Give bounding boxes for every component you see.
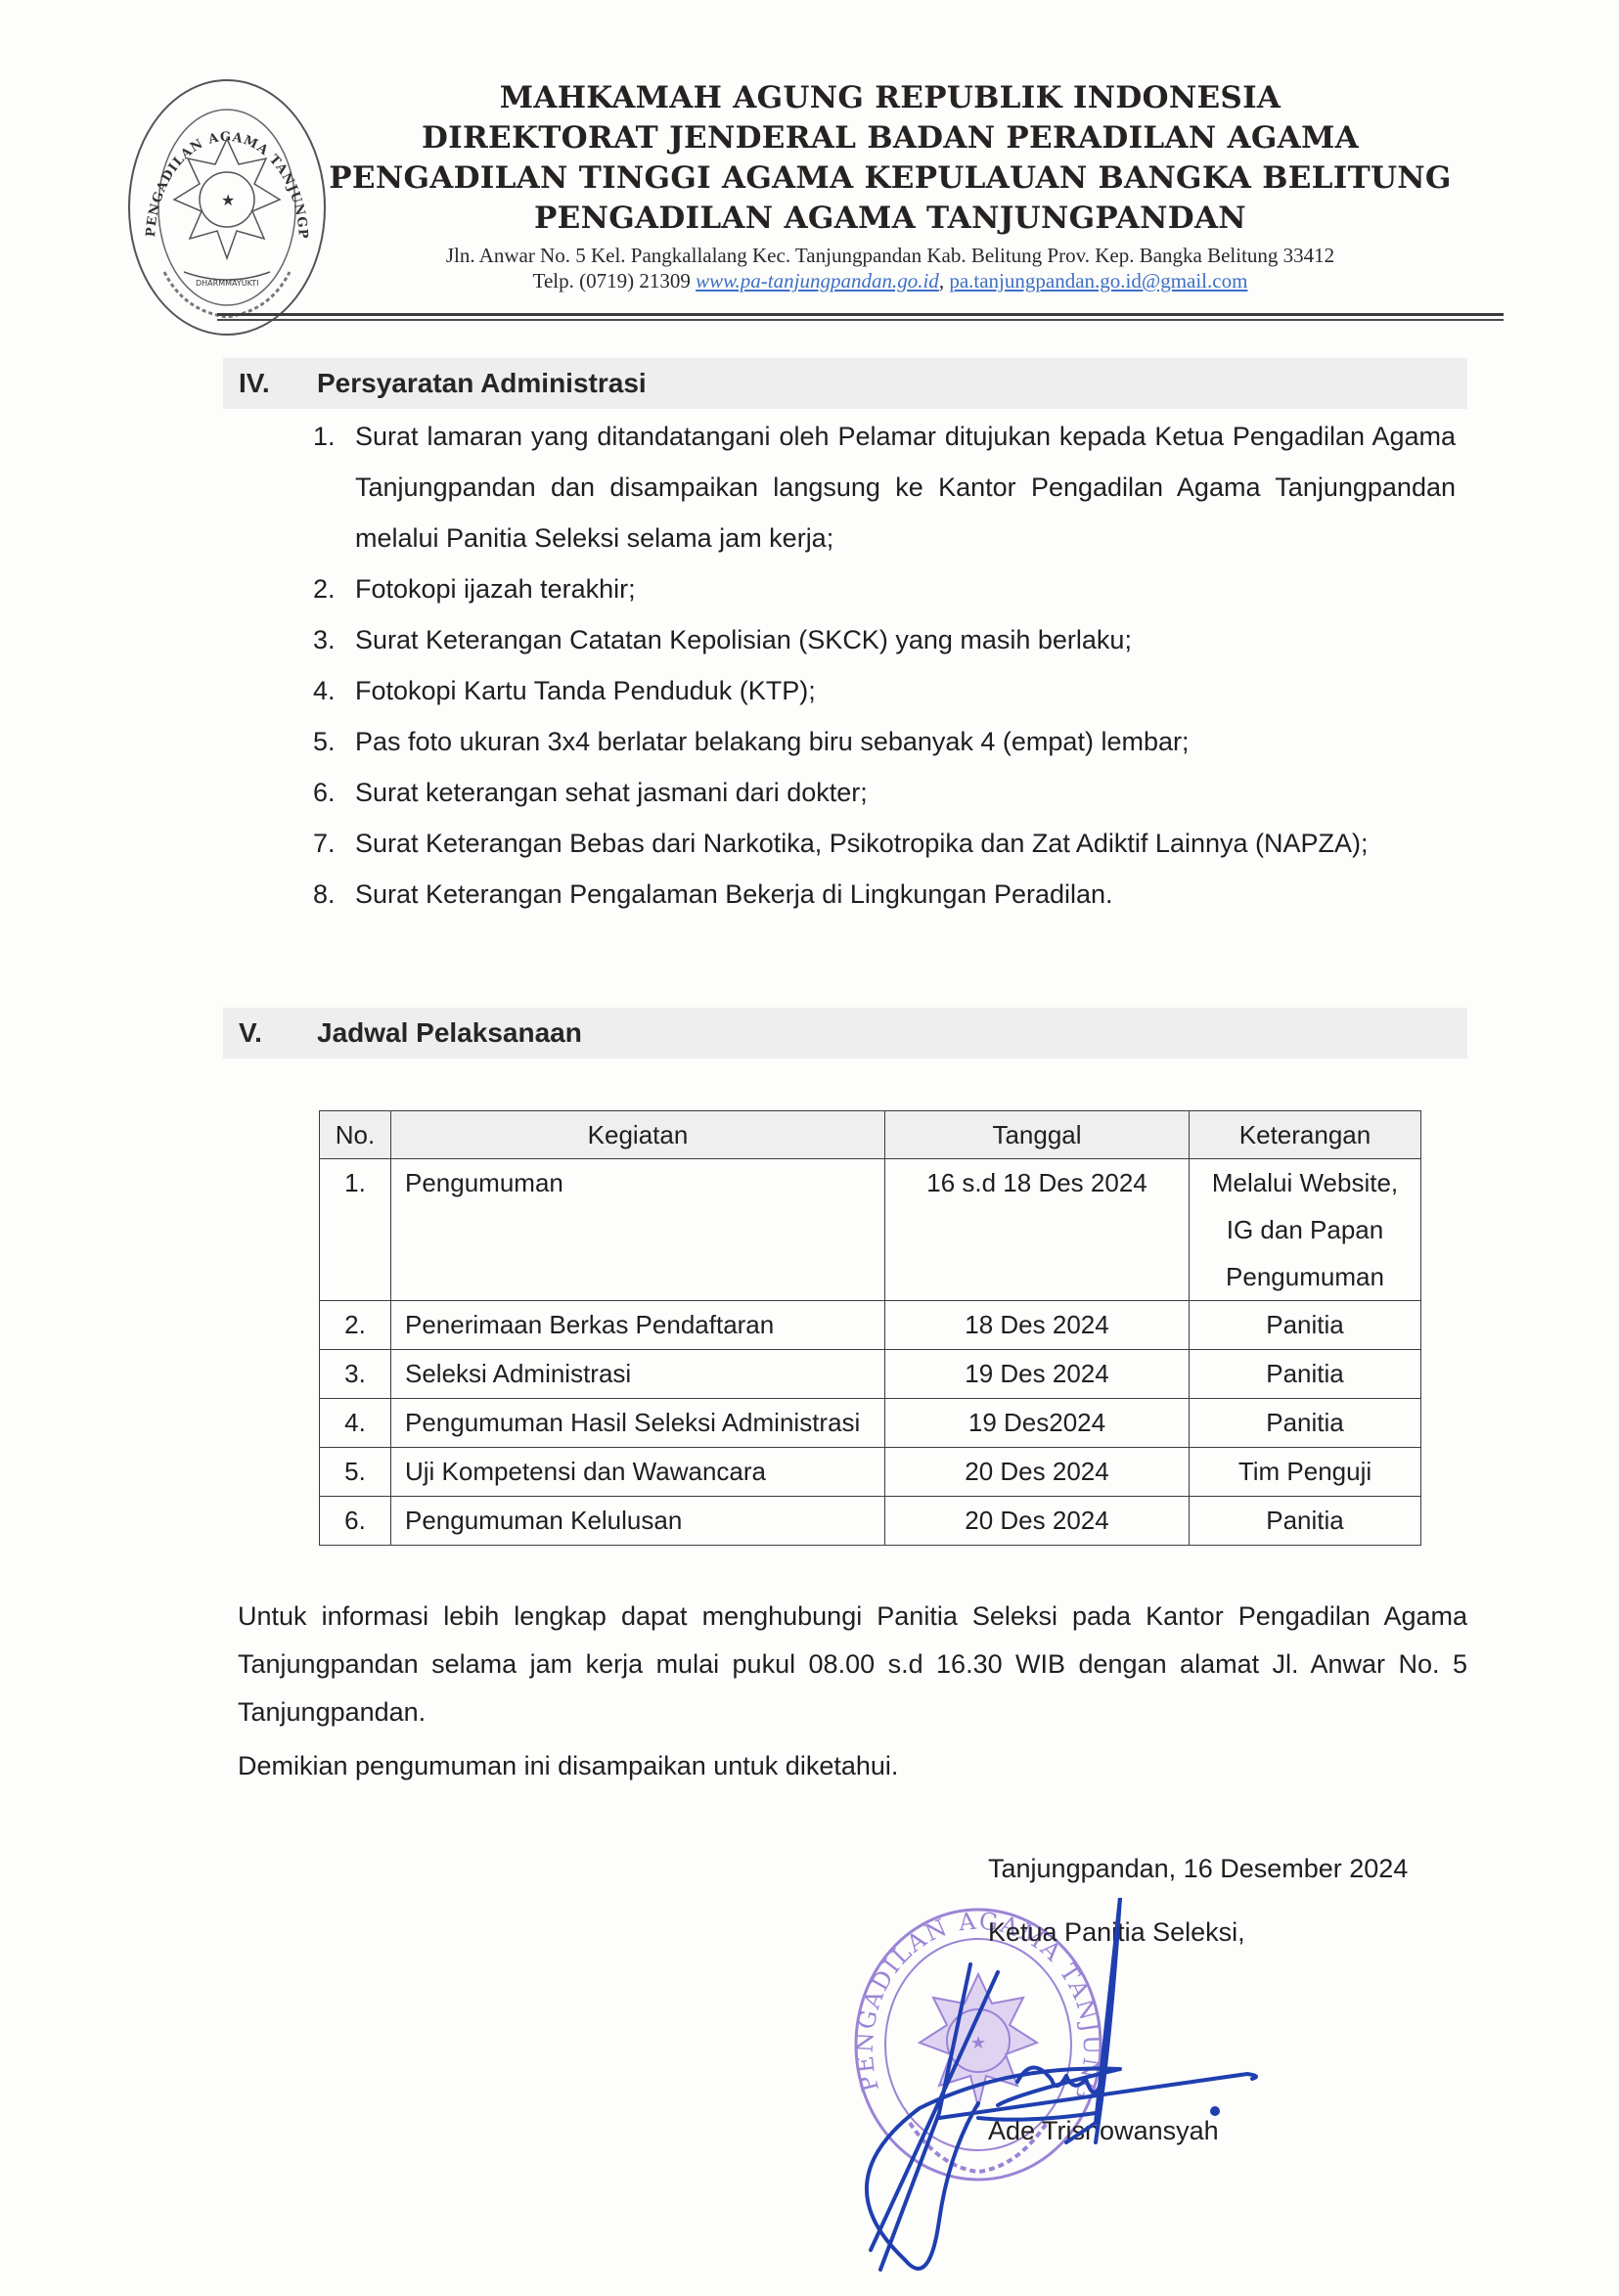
cell-tanggal: 20 Des 2024 xyxy=(885,1497,1190,1546)
list-item: 6.Surat keterangan sehat jasmani dari do… xyxy=(313,767,1456,818)
cell-tanggal: 16 s.d 18 Des 2024 xyxy=(885,1159,1190,1301)
section-title: Persyaratan Administrasi xyxy=(317,368,647,399)
table-row: 2.Penerimaan Berkas Pendaftaran18 Des 20… xyxy=(320,1301,1421,1350)
table-row: 3.Seleksi Administrasi19 Des 2024Panitia xyxy=(320,1350,1421,1399)
cell-kegiatan: Seleksi Administrasi xyxy=(391,1350,885,1399)
section-number: IV. xyxy=(239,368,270,399)
schedule-table-body: 1.Pengumuman16 s.d 18 Des 2024Melalui We… xyxy=(320,1159,1421,1546)
cell-no: 5. xyxy=(320,1448,391,1497)
cell-keterangan: Panitia xyxy=(1190,1301,1421,1350)
contact-line: Telp. (0719) 21309 www.pa-tanjungpandan.… xyxy=(303,268,1477,293)
website-link[interactable]: www.pa-tanjungpandan.go.id xyxy=(696,269,939,293)
schedule-table: No. Kegiatan Tanggal Keterangan 1.Pengum… xyxy=(319,1110,1421,1546)
letterhead-rule-thick xyxy=(217,313,1504,316)
cell-tanggal: 19 Des 2024 xyxy=(885,1350,1190,1399)
cell-tanggal: 19 Des2024 xyxy=(885,1399,1190,1448)
court-emblem-icon: PENGADILAN AGAMA TANJUNGPANDAN ★ DHARMMA… xyxy=(125,76,329,338)
cell-kegiatan: Pengumuman Kelulusan xyxy=(391,1497,885,1546)
column-header-no: No. xyxy=(320,1111,391,1159)
list-item: 5.Pas foto ukuran 3x4 berlatar belakang … xyxy=(313,716,1456,767)
keterangan-line: IG dan Papan xyxy=(1199,1206,1411,1253)
cell-no: 1. xyxy=(320,1159,391,1301)
list-item: 7.Surat Keterangan Bebas dari Narkotika,… xyxy=(313,818,1456,869)
document-page: PENGADILAN AGAMA TANJUNGPANDAN ★ DHARMMA… xyxy=(0,0,1619,2296)
svg-text:★: ★ xyxy=(221,193,235,209)
column-header-kegiatan: Kegiatan xyxy=(391,1111,885,1159)
list-item: 1.Surat lamaran yang ditandatangani oleh… xyxy=(313,411,1456,563)
cell-keterangan: Panitia xyxy=(1190,1497,1421,1546)
svg-text:DHARMMAYUKTI: DHARMMAYUKTI xyxy=(196,279,258,288)
address-line: Jln. Anwar No. 5 Kel. Pangkallalang Kec.… xyxy=(303,243,1477,268)
table-header-row: No. Kegiatan Tanggal Keterangan xyxy=(320,1111,1421,1159)
list-item: 3.Surat Keterangan Catatan Kepolisian (S… xyxy=(313,614,1456,665)
keterangan-line: Melalui Website, xyxy=(1199,1159,1411,1206)
section-heading-schedule: V. Jadwal Pelaksanaan xyxy=(223,1008,1467,1058)
section-title: Jadwal Pelaksanaan xyxy=(317,1017,582,1049)
list-item: 2.Fotokopi ijazah terakhir; xyxy=(313,563,1456,614)
letterhead-line-4: PENGADILAN AGAMA TANJUNGPANDAN xyxy=(303,199,1477,239)
table-row: 1.Pengumuman16 s.d 18 Des 2024Melalui We… xyxy=(320,1159,1421,1301)
table-row: 5.Uji Kompetensi dan Wawancara20 Des 202… xyxy=(320,1448,1421,1497)
cell-kegiatan: Pengumuman Hasil Seleksi Administrasi xyxy=(391,1399,885,1448)
column-header-keterangan: Keterangan xyxy=(1190,1111,1421,1159)
column-header-tanggal: Tanggal xyxy=(885,1111,1190,1159)
closing-sentence: Demikian pengumuman ini disampaikan untu… xyxy=(238,1751,898,1781)
phone-text: Telp. (0719) 21309 xyxy=(533,269,691,293)
table-row: 6.Pengumuman Kelulusan20 Des 2024Panitia xyxy=(320,1497,1421,1546)
signature-place-date: Tanjungpandan, 16 Desember 2024 xyxy=(988,1854,1408,1884)
cell-keterangan: Tim Penguji xyxy=(1190,1448,1421,1497)
keterangan-line: Tim Penguji xyxy=(1199,1448,1411,1495)
keterangan-line: Panitia xyxy=(1199,1497,1411,1544)
letterhead-rule-thin xyxy=(217,319,1504,321)
list-item: 4.Fotokopi Kartu Tanda Penduduk (KTP); xyxy=(313,665,1456,716)
cell-no: 3. xyxy=(320,1350,391,1399)
letterhead-line-1: MAHKAMAH AGUNG REPUBLIK INDONESIA xyxy=(303,78,1477,118)
cell-no: 2. xyxy=(320,1301,391,1350)
cell-keterangan: Panitia xyxy=(1190,1350,1421,1399)
cell-keterangan: Melalui Website,IG dan PapanPengumuman xyxy=(1190,1159,1421,1301)
section-heading-requirements: IV. Persyaratan Administrasi xyxy=(223,358,1467,409)
cell-kegiatan: Uji Kompetensi dan Wawancara xyxy=(391,1448,885,1497)
section-number: V. xyxy=(239,1017,262,1049)
cell-no: 6. xyxy=(320,1497,391,1546)
requirements-list: 1.Surat lamaran yang ditandatangani oleh… xyxy=(313,411,1456,920)
list-item: 8.Surat Keterangan Pengalaman Bekerja di… xyxy=(313,869,1456,920)
cell-kegiatan: Penerimaan Berkas Pendaftaran xyxy=(391,1301,885,1350)
keterangan-line: Pengumuman xyxy=(1199,1253,1411,1300)
info-paragraph: Untuk informasi lebih lengkap dapat meng… xyxy=(238,1593,1467,1736)
cell-no: 4. xyxy=(320,1399,391,1448)
cell-tanggal: 20 Des 2024 xyxy=(885,1448,1190,1497)
cell-tanggal: 18 Des 2024 xyxy=(885,1301,1190,1350)
handwritten-signature-icon xyxy=(861,1898,1321,2289)
letterhead: MAHKAMAH AGUNG REPUBLIK INDONESIA DIREKT… xyxy=(303,78,1477,239)
cell-kegiatan: Pengumuman xyxy=(391,1159,885,1301)
letterhead-line-3: PENGADILAN TINGGI AGAMA KEPULAUAN BANGKA… xyxy=(303,158,1477,199)
keterangan-line: Panitia xyxy=(1199,1399,1411,1446)
table-row: 4.Pengumuman Hasil Seleksi Administrasi1… xyxy=(320,1399,1421,1448)
letterhead-contact: Jln. Anwar No. 5 Kel. Pangkallalang Kec.… xyxy=(303,243,1477,293)
email-link[interactable]: pa.tanjungpandan.go.id@gmail.com xyxy=(949,269,1247,293)
cell-keterangan: Panitia xyxy=(1190,1399,1421,1448)
letterhead-line-2: DIREKTORAT JENDERAL BADAN PERADILAN AGAM… xyxy=(303,118,1477,158)
keterangan-line: Panitia xyxy=(1199,1350,1411,1397)
keterangan-line: Panitia xyxy=(1199,1301,1411,1348)
separator: , xyxy=(939,269,944,293)
